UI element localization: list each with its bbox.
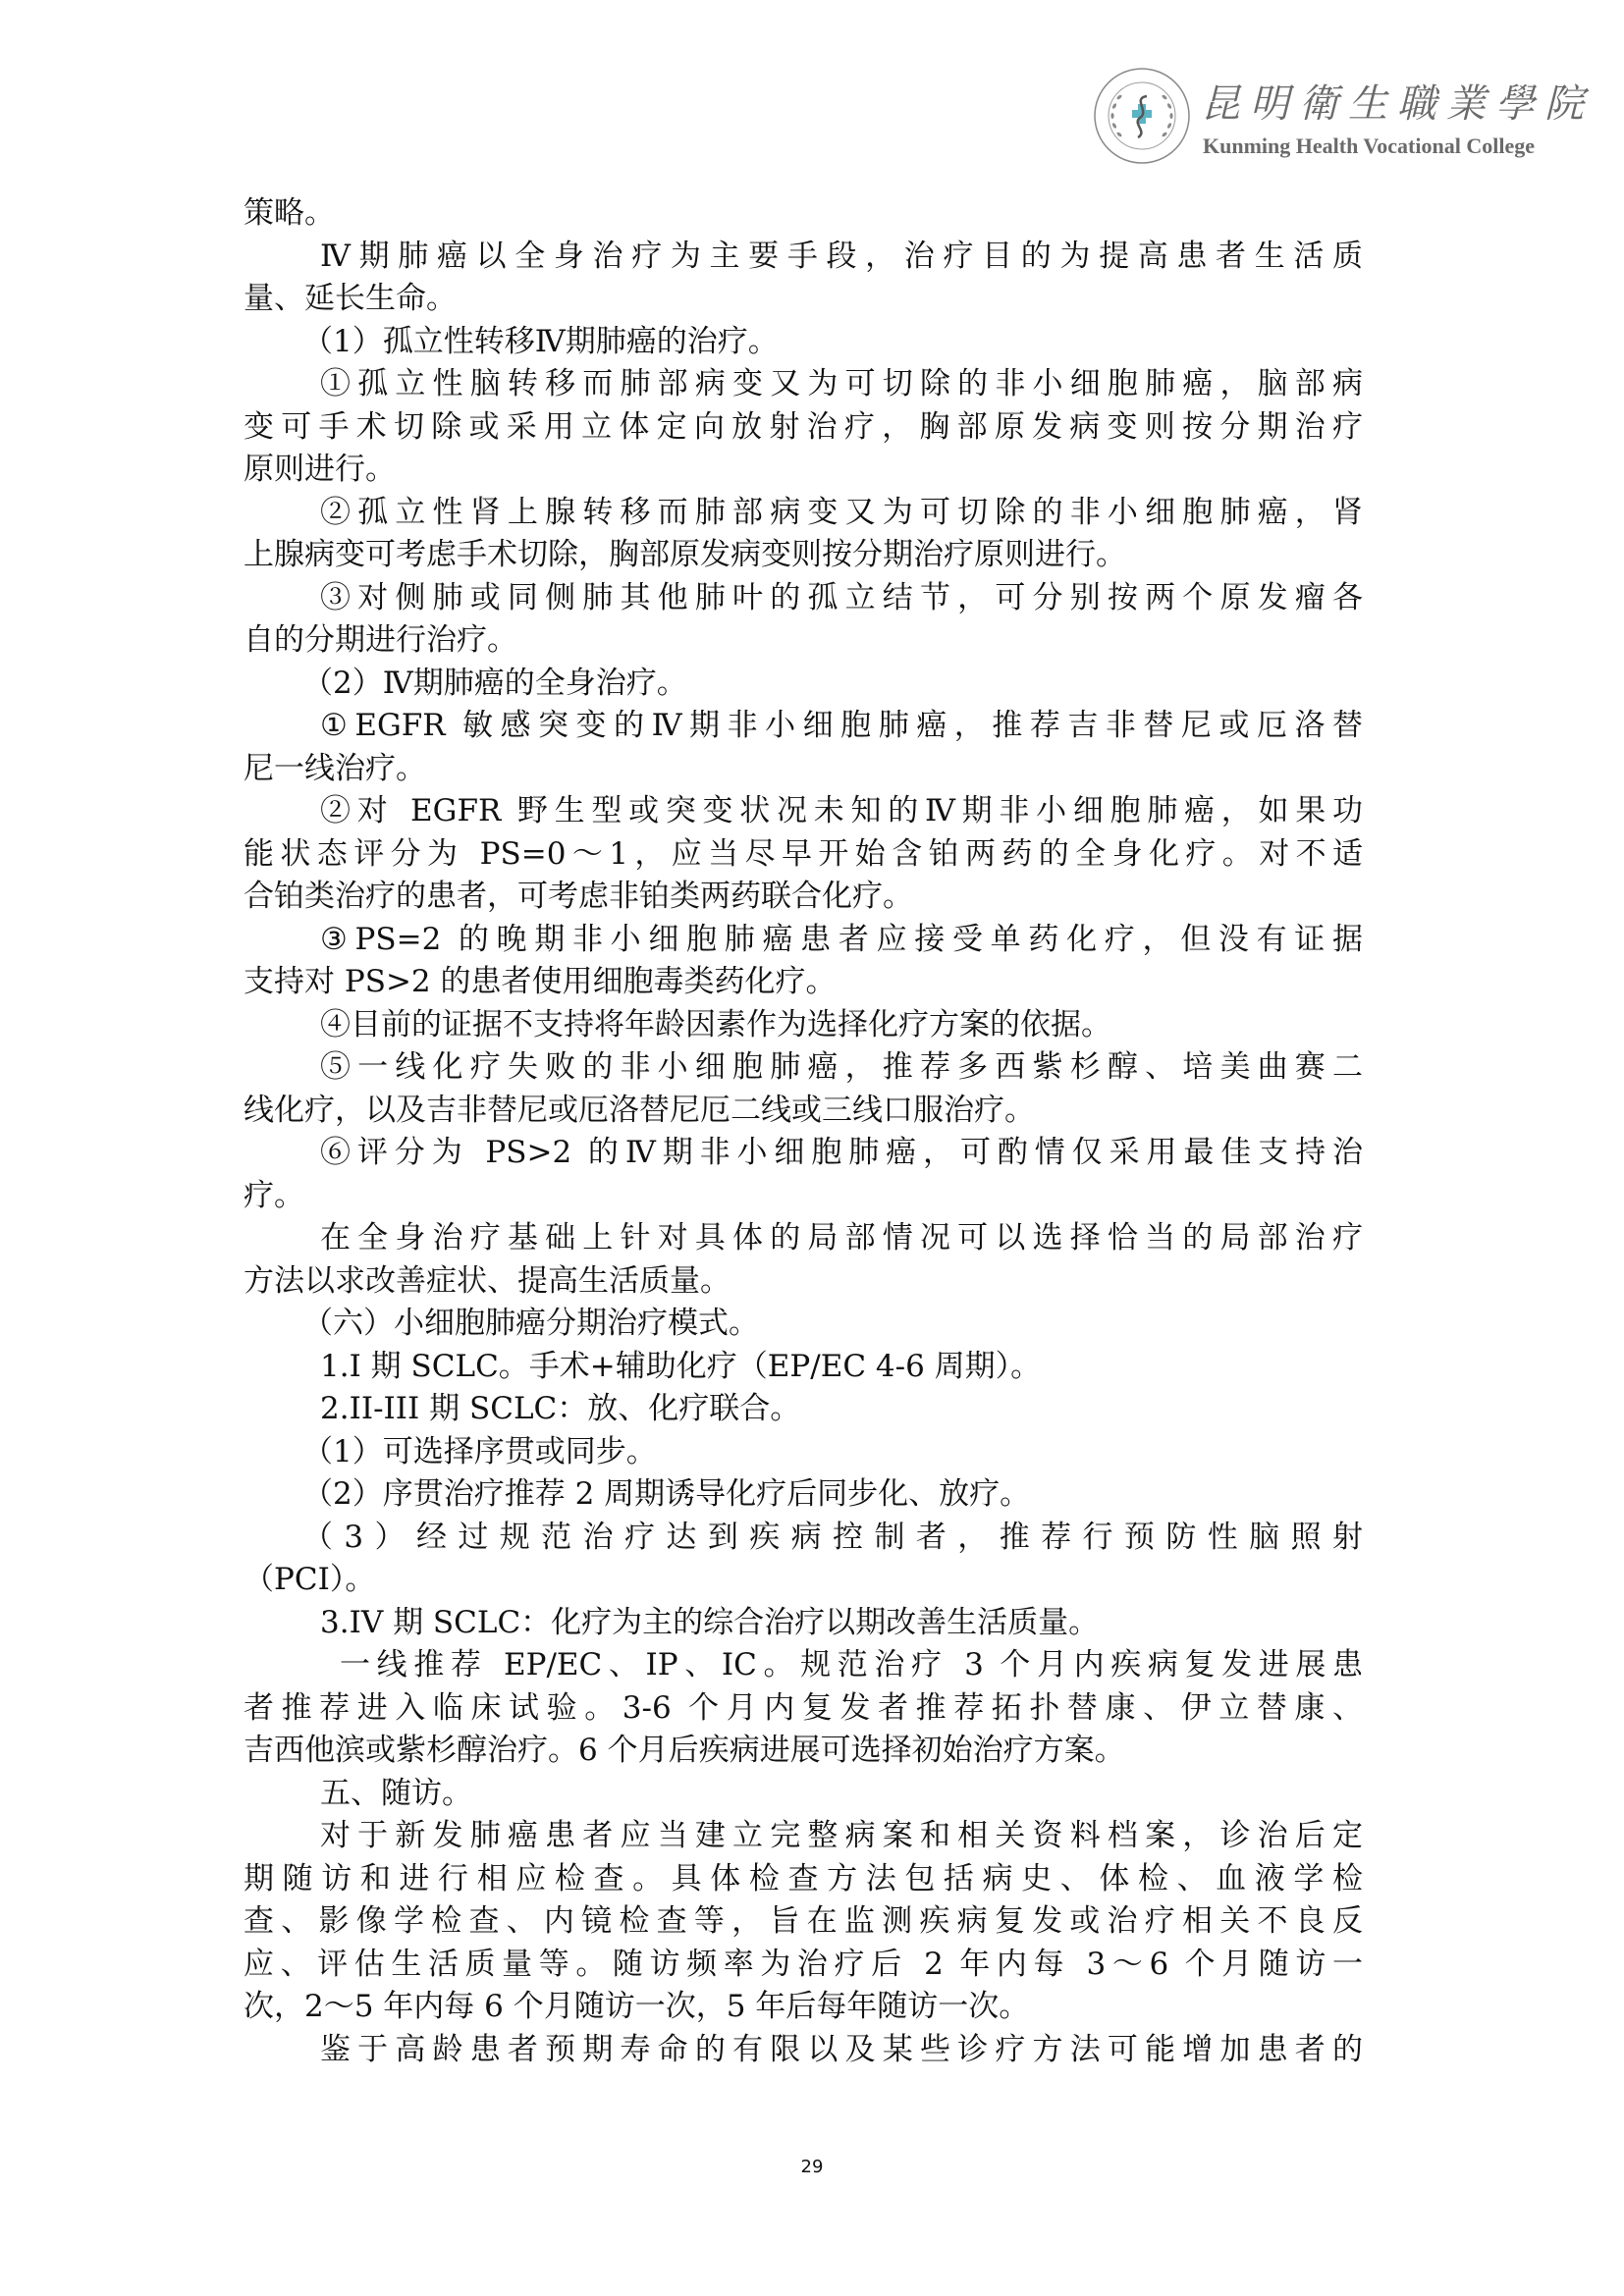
text-line: ⑤一线化疗失败的非小细胞肺癌，推荐多西紫杉醇、培美曲赛二	[244, 1046, 1363, 1090]
text-line: 2.II-III 期 SCLC：放、化疗联合。	[244, 1388, 1363, 1431]
text-line: 查、影像学检查、内镜检查等，旨在监测疾病复发或治疗相关不良反	[244, 1900, 1363, 1944]
text-line: 自的分期进行治疗。	[244, 619, 1363, 663]
college-header: 昆明衛生職業學院 Kunming Health Vocational Colle…	[1085, 61, 1596, 169]
text-line: （PCI）。	[244, 1559, 1363, 1602]
text-line: 吉西他滨或紫杉醇治疗。6 个月后疾病进展可选择初始治疗方案。	[244, 1730, 1363, 1773]
college-name-chinese: 昆明衛生職業學院	[1201, 73, 1594, 129]
text-line: （3）经过规范治疗达到疾病控制者，推荐行预防性脑照射	[244, 1517, 1363, 1560]
text-line: ③对侧肺或同侧肺其他肺叶的孤立结节，可分别按两个原发瘤各	[244, 577, 1363, 620]
text-line: 一线推荐 EP/EC、IP、IC。规范治疗 3 个月内疾病复发进展患	[244, 1644, 1363, 1687]
text-line: ①孤立性脑转移而肺部病变又为可切除的非小细胞肺癌，脑部病	[244, 363, 1363, 406]
text-line: 线化疗，以及吉非替尼或厄洛替尼厄二线或三线口服治疗。	[244, 1090, 1363, 1133]
text-line: （1）可选择序贯或同步。	[244, 1431, 1363, 1474]
text-line: 支持对 PS>2 的患者使用细胞毒类药化疗。	[244, 961, 1363, 1004]
text-line: 期随访和进行相应检查。具体检查方法包括病史、体检、血液学检	[244, 1858, 1363, 1901]
text-line: 合铂类治疗的患者，可考虑非铂类两药联合化疗。	[244, 876, 1363, 919]
text-line: （2）序贯治疗推荐 2 周期诱导化疗后同步化、放疗。	[244, 1473, 1363, 1517]
text-line: 1.I 期 SCLC。手术+辅助化疗（EP/EC 4-6 周期）。	[244, 1346, 1363, 1389]
text-line: ②对 EGFR 野生型或突变状况未知的Ⅳ期非小细胞肺癌，如果功	[244, 790, 1363, 833]
text-line: 策略。	[244, 192, 1363, 236]
text-line: 3.IV 期 SCLC：化疗为主的综合治疗以期改善生活质量。	[244, 1602, 1363, 1645]
text-line: 对于新发肺癌患者应当建立完整病案和相关资料档案，诊治后定	[244, 1815, 1363, 1858]
text-line: 在全身治疗基础上针对具体的局部情况可以选择恰当的局部治疗	[244, 1217, 1363, 1260]
text-line: 方法以求改善症状、提高生活质量。	[244, 1260, 1363, 1304]
text-line: （六）小细胞肺癌分期治疗模式。	[244, 1303, 1363, 1346]
text-line: ④目前的证据不支持将年龄因素作为选择化疗方案的依据。	[244, 1004, 1363, 1047]
college-name-english: Kunming Health Vocational College	[1203, 133, 1535, 159]
text-line: Ⅳ期肺癌以全身治疗为主要手段，治疗目的为提高患者生活质	[244, 236, 1363, 279]
text-line: （2）Ⅳ期肺癌的全身治疗。	[244, 663, 1363, 706]
text-line: ①EGFR 敏感突变的Ⅳ期非小细胞肺癌，推荐吉非替尼或厄洛替	[244, 705, 1363, 748]
text-line: 变可手术切除或采用立体定向放射治疗，胸部原发病变则按分期治疗	[244, 406, 1363, 450]
text-line: ②孤立性肾上腺转移而肺部病变又为可切除的非小细胞肺癌，肾	[244, 492, 1363, 535]
text-line: 量、延长生命。	[244, 278, 1363, 321]
text-line: 鉴于高龄患者预期寿命的有限以及某些诊疗方法可能增加患者的	[244, 2029, 1363, 2072]
text-line: ③PS=2 的晚期非小细胞肺癌患者应接受单药化疗，但没有证据	[244, 919, 1363, 962]
text-line: 疗。	[244, 1175, 1363, 1218]
text-line: 尼一线治疗。	[244, 748, 1363, 791]
text-line: ⑥评分为 PS>2 的Ⅳ期非小细胞肺癌，可酌情仅采用最佳支持治	[244, 1132, 1363, 1175]
text-line: 者推荐进入临床试验。3-6 个月内复发者推荐拓扑替康、伊立替康、	[244, 1687, 1363, 1731]
page-number: 29	[0, 2157, 1624, 2177]
text-line: 次，2～5 年内每 6 个月随访一次，5 年后每年随访一次。	[244, 1986, 1363, 2029]
text-line: 原则进行。	[244, 449, 1363, 492]
text-line: 能状态评分为 PS=0～1，应当尽早开始含铂两药的全身化疗。对不适	[244, 833, 1363, 877]
college-seal-logo	[1093, 67, 1191, 165]
text-line: 上腺病变可考虑手术切除，胸部原发病变则按分期治疗原则进行。	[244, 534, 1363, 577]
text-line: 五、随访。	[244, 1773, 1363, 1816]
text-line: （1）孤立性转移Ⅳ期肺癌的治疗。	[244, 321, 1363, 364]
document-body: 策略。Ⅳ期肺癌以全身治疗为主要手段，治疗目的为提高患者生活质量、延长生命。（1）…	[244, 192, 1363, 2071]
text-line: 应、评估生活质量等。随访频率为治疗后 2 年内每 3～6 个月随访一	[244, 1944, 1363, 1987]
